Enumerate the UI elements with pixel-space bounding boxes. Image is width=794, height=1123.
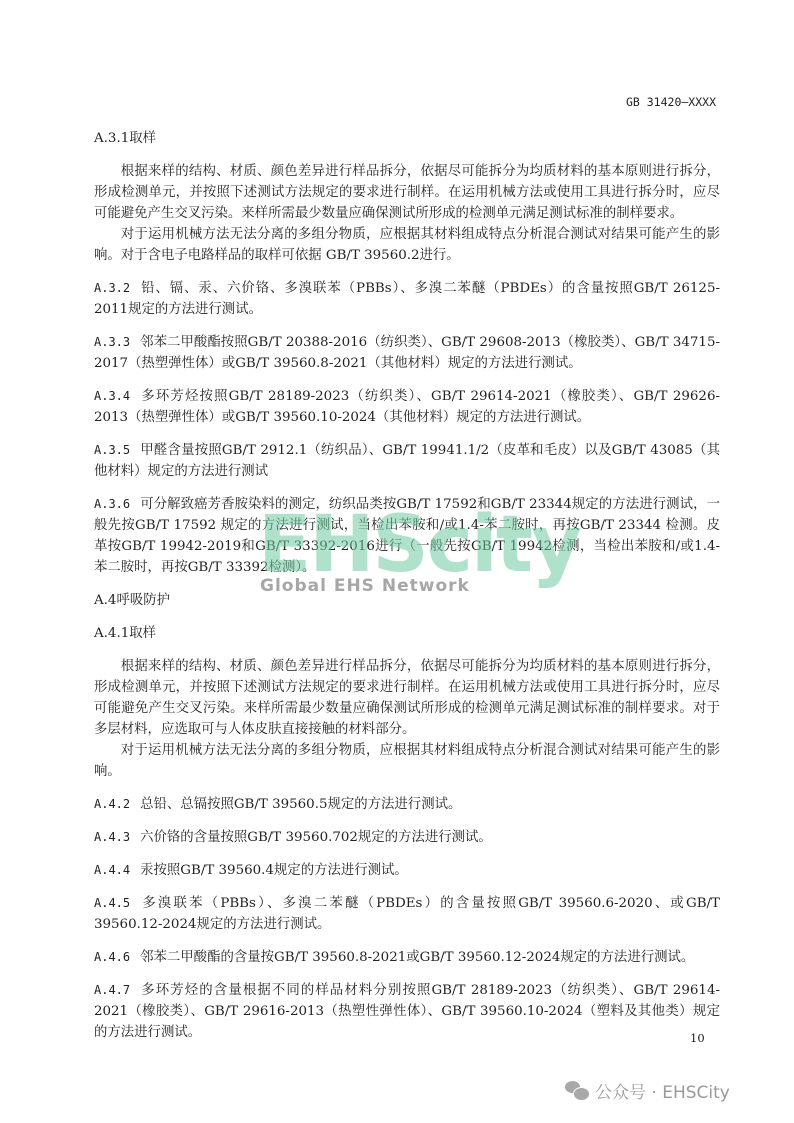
footer-brand-text: 公众号 · EHSCity	[595, 1078, 730, 1103]
clause-text: 多环芳烃的含量根据不同的样品材料分别按照GB/T 28189-2023（纺织类）…	[94, 983, 720, 1040]
wechat-icon	[565, 1081, 589, 1101]
section-number: A.4.1	[94, 626, 129, 641]
clause-number: A.4.6	[94, 950, 130, 964]
clause-a45: A.4.5多溴联苯（PBBs）、多溴二苯醚（PBDEs）的含量按照GB/T 39…	[94, 893, 720, 935]
clause-number: A.4.4	[94, 863, 130, 877]
clause-a33: A.3.3邻苯二甲酸酯按照GB/T 20388-2016（纺织类）、GB/T 2…	[94, 332, 720, 374]
clause-text: 可分解致癌芳香胺染料的测定，纺织品类按GB/T 17592和GB/T 23344…	[94, 497, 720, 575]
clause-a36: A.3.6可分解致癌芳香胺染料的测定，纺织品类按GB/T 17592和GB/T …	[94, 494, 720, 578]
footer-brand: 公众号 · EHSCity	[565, 1078, 730, 1103]
document-page: GB 31420—XXXX A.3.1取样 根据来样的结构、材质、颜色差异进行样…	[0, 0, 794, 1123]
clause-text: 甲醛含量按照GB/T 2912.1（纺织品）、GB/T 19941.1/2（皮革…	[94, 443, 720, 479]
clause-a43: A.4.3六价铬的含量按照GB/T 39560.702规定的方法进行测试。	[94, 827, 720, 848]
section-title: 取样	[129, 131, 156, 146]
clause-a35: A.3.5甲醛含量按照GB/T 2912.1（纺织品）、GB/T 19941.1…	[94, 440, 720, 482]
document-body: A.3.1取样 根据来样的结构、材质、颜色差异进行样品拆分，依据尽可能拆分为均质…	[94, 128, 720, 1055]
clause-number: A.3.3	[94, 335, 130, 349]
clause-a44: A.4.4汞按照GB/T 39560.4规定的方法进行测试。	[94, 860, 720, 881]
paragraph: 对于运用机械方法无法分离的多组分物质，应根据其材料组成特点分析混合测试对结果可能…	[94, 740, 720, 782]
clause-number: A.4.2	[94, 797, 130, 811]
section-heading-a31: A.3.1取样	[94, 128, 720, 149]
clause-number: A.3.4	[94, 389, 130, 403]
clause-a42: A.4.2总铅、总镉按照GB/T 39560.5规定的方法进行测试。	[94, 794, 720, 815]
paragraph: 对于运用机械方法无法分离的多组分物质，应根据其材料组成特点分析混合测试对结果可能…	[94, 224, 720, 266]
clause-a32: A.3.2铅、镉、汞、六价铬、多溴联苯（PBBs）、多溴二苯醚（PBDEs）的含…	[94, 278, 720, 320]
clause-text: 汞按照GB/T 39560.4规定的方法进行测试。	[140, 863, 408, 878]
page-number: 10	[690, 1031, 705, 1045]
clause-text: 多环芳烃按照GB/T 28189-2023（纺织类）、GB/T 29614-20…	[94, 389, 720, 425]
standard-code: GB 31420—XXXX	[626, 95, 716, 109]
paragraph: 根据来样的结构、材质、颜色差异进行样品拆分，依据尽可能拆分为均质材料的基本原则进…	[94, 161, 720, 224]
clause-text: 六价铬的含量按照GB/T 39560.702规定的方法进行测试。	[140, 830, 492, 845]
clause-number: A.3.5	[94, 443, 130, 457]
section-a31-body: 根据来样的结构、材质、颜色差异进行样品拆分，依据尽可能拆分为均质材料的基本原则进…	[94, 161, 720, 266]
clause-text: 铅、镉、汞、六价铬、多溴联苯（PBBs）、多溴二苯醚（PBDEs）的含量按照GB…	[94, 281, 720, 317]
paragraph: 根据来样的结构、材质、颜色差异进行样品拆分，依据尽可能拆分为均质材料的基本原则进…	[94, 656, 720, 740]
clause-text: 多溴联苯（PBBs）、多溴二苯醚（PBDEs）的含量按照GB/T 39560.6…	[94, 896, 720, 932]
clause-a46: A.4.6邻苯二甲酸酯的含量按GB/T 39560.8-2021或GB/T 39…	[94, 947, 720, 968]
section-title: 呼吸防护	[116, 593, 170, 608]
clause-text: 总铅、总镉按照GB/T 39560.5规定的方法进行测试。	[140, 797, 461, 812]
clause-number: A.3.6	[94, 497, 130, 511]
clause-number: A.3.2	[94, 281, 130, 295]
section-heading-a4: A.4呼吸防护	[94, 590, 720, 611]
clause-a34: A.3.4多环芳烃按照GB/T 28189-2023（纺织类）、GB/T 296…	[94, 386, 720, 428]
section-number: A.3.1	[94, 131, 129, 146]
clause-number: A.4.3	[94, 830, 130, 844]
clause-text: 邻苯二甲酸酯的含量按GB/T 39560.8-2021或GB/T 39560.1…	[140, 950, 694, 965]
clause-a47: A.4.7多环芳烃的含量根据不同的样品材料分别按照GB/T 28189-2023…	[94, 980, 720, 1043]
section-title: 取样	[129, 626, 156, 641]
section-number: A.4	[94, 593, 116, 608]
section-a41-body: 根据来样的结构、材质、颜色差异进行样品拆分，依据尽可能拆分为均质材料的基本原则进…	[94, 656, 720, 782]
section-heading-a41: A.4.1取样	[94, 623, 720, 644]
clause-text: 邻苯二甲酸酯按照GB/T 20388-2016（纺织类）、GB/T 29608-…	[94, 335, 720, 371]
clause-number: A.4.5	[94, 896, 130, 910]
clause-number: A.4.7	[94, 983, 130, 997]
